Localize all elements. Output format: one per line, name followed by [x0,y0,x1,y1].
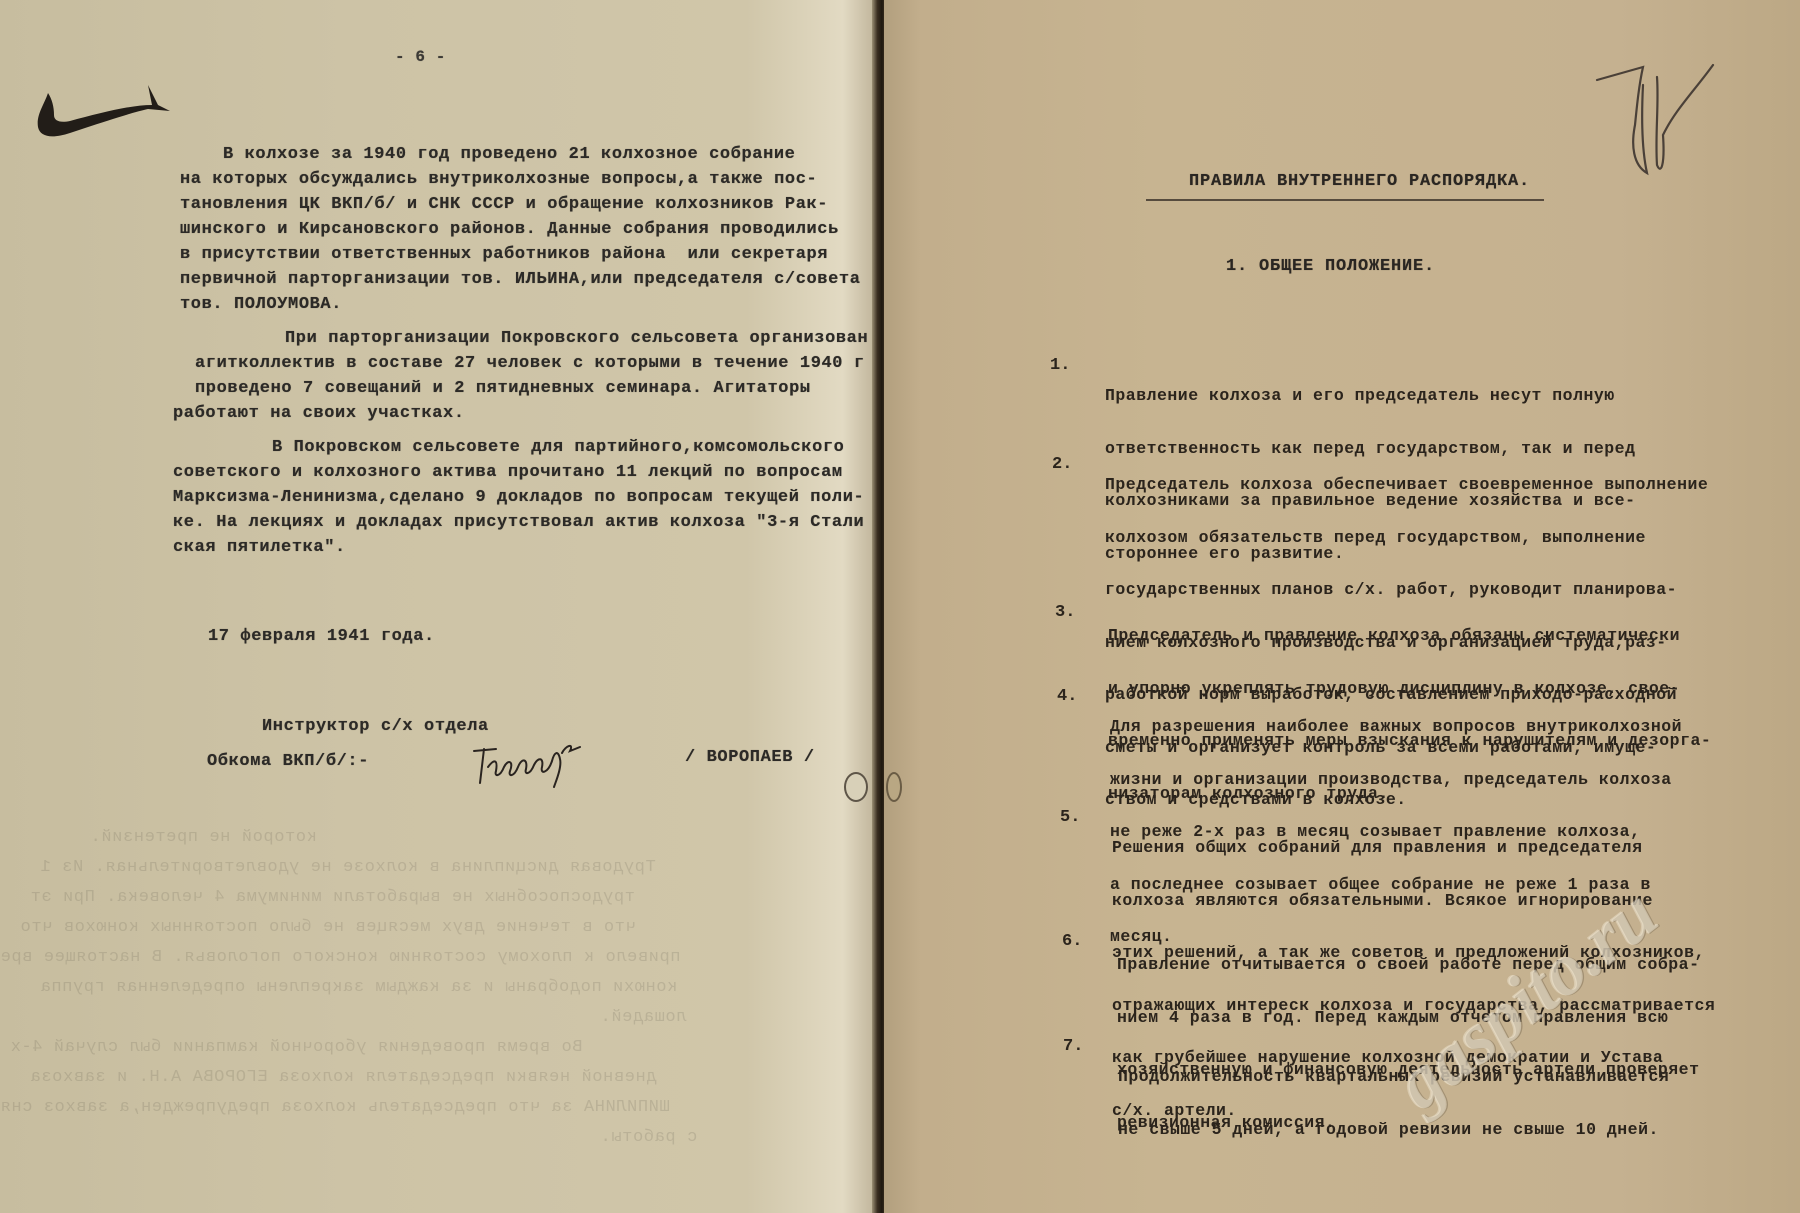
bleed-through-line: с работы. [600,1128,697,1147]
title-underline [1146,199,1544,201]
item-number: 2. [1052,455,1072,474]
document-title: ПРАВИЛА ВНУТРЕННЕГО РАСПОРЯДКА. [1189,172,1530,191]
paragraph-line: проведено 7 совещаний и 2 пятидневных се… [195,379,811,398]
paragraph-line: ке. На лекциях и докладах присутствовал … [173,513,864,532]
left-page: которой не претензий. Трудовая дисциплин… [0,0,878,1213]
item-number: 4. [1057,687,1077,706]
paragraph-line: При парторганизации Покровского сельсове… [285,329,868,348]
item-number: 6. [1062,932,1082,951]
bleed-through-line: что в течение двух месяцев не было посто… [20,918,636,937]
bleed-through-line: ШИПИЛИНА за что председатель колхоза пре… [0,1098,670,1117]
handwritten-checkmark-icon [30,75,180,145]
page-number: - 6 - [395,48,446,66]
paragraph-line: первичной парторганизации тов. ИЛЬИНА,ил… [180,270,861,289]
paragraph-line: советского и колхозного актива прочитано… [173,463,843,482]
bleed-through-line: трудоспособных не выработали минимума 4 … [30,888,635,907]
paragraph-line: тов. ПОЛОУМОВА. [180,295,342,314]
bleed-through-line: дневной неявки председателя колхоза ЕГОР… [30,1068,657,1087]
document-date: 17 февраля 1941 года. [208,627,435,646]
bleed-through-line: которой не претензий. [90,828,317,847]
handwritten-signature-icon [470,737,590,789]
item-number: 5. [1060,808,1080,827]
bleed-through-line: привело к плохому состоянию конского пог… [0,948,681,967]
item-number: 7. [1063,1037,1083,1056]
bleed-through-line: Трудовая дисциплина в колхозе не удовлет… [40,858,656,877]
bleed-through-line: Во время проведения уборочной кампании б… [10,1038,583,1057]
paragraph-line: в присутствии ответственных работников р… [180,245,828,264]
paragraph-line: ская пятилетка". [173,538,346,557]
bleed-through-line: лошадей. [600,1008,686,1027]
paragraph-line: шинского и Кирсановского районов. Данные… [180,220,839,239]
paragraph-line: работают на своих участках. [173,404,465,423]
paragraph-line: тановления ЦК ВКП/б/ и СНК СССР и обраще… [180,195,828,214]
paragraph-line: на которых обсуждались внутриколхозные в… [180,170,817,189]
paragraph-line: Марксизма-Ленинизма,сделано 9 докладов п… [173,488,864,507]
section-heading: 1. ОБЩЕЕ ПОЛОЖЕНИЕ. [1226,257,1435,276]
signatory-title-line1: Инструктор с/х отдела [262,717,489,736]
item-number: 3. [1055,603,1075,622]
item-number: 1. [1050,356,1070,375]
signatory-title-line2: Обкома ВКП/б/:- [207,752,369,771]
paragraph-line: В колхозе за 1940 год проведено 21 колхо… [223,145,796,164]
paragraph-line: агитколлектив в составе 27 человек с кот… [195,354,865,373]
folio-number-handwritten-icon [1595,65,1720,185]
paragraph-line: В Покровском сельсовете для партийного,к… [272,438,845,457]
punch-hole [844,772,868,802]
punch-hole [886,772,902,802]
signatory-name: / ВОРОПАЕВ / [685,748,815,767]
bleed-through-line: конюхи подобраны и за каждым закреплены … [40,978,677,997]
